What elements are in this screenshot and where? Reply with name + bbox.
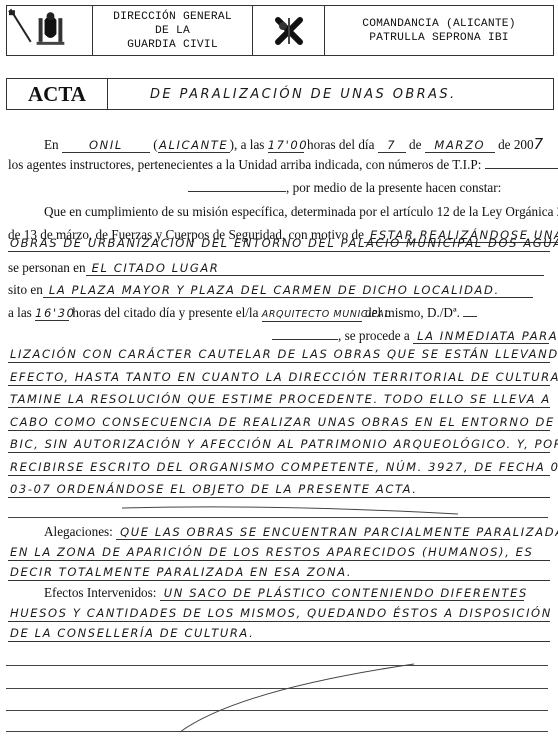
procede-text: , se procede a (338, 328, 410, 343)
mission-line-1: Que en cumplimiento de su misión específ… (44, 204, 558, 220)
emblem-cell (253, 6, 325, 55)
alas2-label: a las (8, 305, 32, 320)
coat-of-arms-cell (7, 6, 93, 55)
alegaciones-line: Alegaciones: que las obras se encuentran… (44, 524, 510, 540)
handwritten-text[interactable]: decir totalmente paralizada en esa zona. (10, 565, 352, 579)
day-field[interactable]: 7 (387, 138, 396, 152)
direccion-line-1: DIRECCIÓN GENERAL (113, 10, 232, 24)
comandancia-line-1: COMANDANCIA (ALICANTE) (362, 17, 516, 31)
handwritten-line: tamine la resolución que estime proceden… (8, 390, 550, 408)
citado-text: horas del citado día y presente el/la (72, 305, 258, 320)
alegaciones-label: Alegaciones: (44, 524, 113, 539)
handwritten-text[interactable]: recibirse escrito del organismo competen… (10, 460, 558, 474)
mismo-text: del mismo, D./Dª. (365, 305, 460, 320)
procede-line: , se procede a la inmediata para- (272, 328, 549, 344)
comandancia-line-2: PATRULLA SEPRONA IBI (362, 31, 516, 45)
sito-field[interactable]: la Plaza Mayor y Plaza del Carmen de dic… (49, 283, 500, 297)
alegaciones-field[interactable]: que las obras se encuentran parcialmente… (120, 525, 558, 539)
acta-title-box: ACTA de paralización de unas obras. (6, 78, 554, 110)
province-field[interactable]: Alicante (159, 138, 228, 152)
alas-label: ), a las (230, 137, 265, 152)
procede-field[interactable]: la inmediata para- (417, 329, 558, 343)
agents-line: los agentes instructores, pertenecientes… (8, 157, 558, 173)
handwritten-text[interactable]: cabo como consecuencia de realizar unas … (10, 415, 558, 429)
time-field[interactable]: 17'00 (268, 138, 308, 152)
handwritten-line: huesos y cantidades de los mismos, queda… (8, 604, 550, 622)
efectos-label: Efectos Intervenidos: (44, 585, 156, 600)
year-label: de 200 (498, 137, 534, 152)
handwritten-text[interactable]: tamine la resolución que estime proceden… (10, 392, 551, 406)
handwritten-line: recibirse escrito del organismo competen… (8, 458, 550, 476)
handwritten-line: de la Consellería de Cultura. (8, 624, 550, 642)
cancel-stroke-icon (178, 662, 418, 734)
guardia-civil-emblem-icon (274, 16, 304, 46)
direccion-cell: DIRECCIÓN GENERAL DE LA GUARDIA CIVIL (93, 6, 253, 55)
efectos-field[interactable]: un saco de plástico conteniendo diferent… (164, 586, 528, 600)
motivo-line-2: obras de urbanización del entorno del Pa… (8, 234, 550, 252)
comandancia-cell: COMANDANCIA (ALICANTE) PATRULLA SEPRONA … (325, 6, 553, 55)
direccion-line-2: DE LA (113, 24, 232, 38)
handwritten-line: lización con carácter cautelar de las ob… (8, 345, 550, 363)
acta-label: ACTA (7, 79, 108, 109)
constar-text: , por medio de la presente hacen constar… (286, 180, 501, 195)
horas-label: horas del día (307, 137, 374, 152)
agents-text: los agentes instructores, pertenecientes… (8, 157, 481, 172)
handwritten-line: decir totalmente paralizada en esa zona. (8, 563, 550, 581)
handwritten-text[interactable]: huesos y cantidades de los mismos, queda… (10, 606, 552, 620)
closing-stroke-icon (120, 504, 460, 516)
en-label: En (44, 137, 59, 152)
handwritten-text[interactable]: lización con carácter cautelar de las ob… (10, 347, 558, 361)
constar-line: , por medio de la presente hacen constar… (188, 180, 501, 196)
handwritten-text[interactable]: de la Consellería de Cultura. (10, 626, 254, 640)
handwritten-text[interactable]: BIC, sin autorización y afección al patr… (10, 437, 558, 451)
handwritten-line: BIC, sin autorización y afección al patr… (8, 435, 550, 453)
acta-title[interactable]: de paralización de unas obras. (150, 87, 457, 102)
handwritten-text[interactable]: efecto, hasta tanto en cuanto la Direcci… (10, 370, 558, 384)
document-header: DIRECCIÓN GENERAL DE LA GUARDIA CIVIL CO… (6, 5, 554, 56)
time2-field[interactable]: 16'30 (35, 306, 75, 320)
motivo-field-2[interactable]: obras de urbanización del entorno del Pa… (10, 236, 558, 250)
spain-coat-of-arms-icon (7, 6, 92, 55)
direccion-line-3: GUARDIA CIVIL (113, 38, 232, 52)
handwritten-text[interactable]: en la zona de aparición de los restos ap… (10, 545, 533, 559)
personan-field[interactable]: el citado lugar (92, 261, 220, 275)
divider-rule (8, 517, 548, 518)
tip-field[interactable] (485, 168, 558, 169)
sito-line: sito enla Plaza Mayor y Plaza del Carmen… (8, 282, 533, 298)
efectos-line: Efectos Intervenidos: un saco de plástic… (44, 585, 524, 601)
handwritten-line: en la zona de aparición de los restos ap… (8, 543, 550, 561)
de-label: de (409, 137, 421, 152)
year-digit-field[interactable]: 7 (534, 135, 545, 153)
personan-line: se personan enel citado lugar (8, 260, 544, 276)
handwritten-line: efecto, hasta tanto en cuanto la Direcci… (8, 368, 550, 386)
personan-label: se personan en (8, 260, 86, 275)
month-field[interactable]: marzo (434, 138, 485, 152)
intro-line: En Onil (Alicante), a las 17'00 horas de… (44, 135, 545, 153)
handwritten-line: 03-07 ordenándose el objeto de la presen… (8, 480, 550, 498)
place-field[interactable]: Onil (89, 138, 123, 152)
handwritten-line: cabo como consecuencia de realizar unas … (8, 413, 550, 431)
time2-line: a las 16'30 horas del citado día y prese… (8, 305, 477, 322)
handwritten-text[interactable]: 03-07 ordenándose el objeto de la presen… (10, 482, 418, 496)
sito-label: sito en (8, 282, 43, 297)
